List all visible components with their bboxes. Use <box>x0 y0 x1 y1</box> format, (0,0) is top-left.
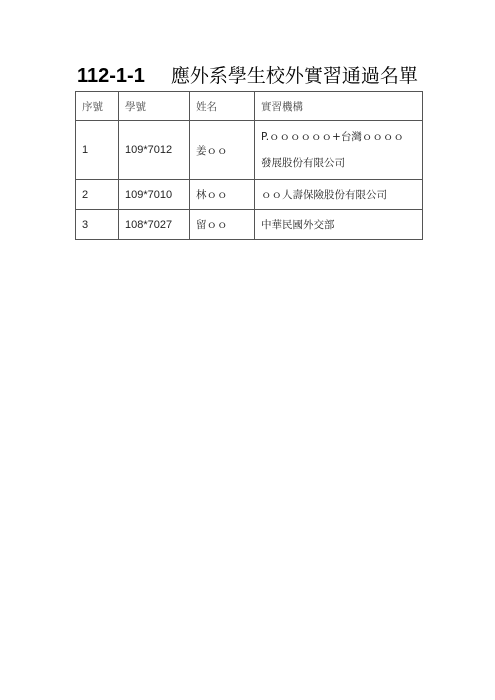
page-title: 112-1-1應外系學生校外實習通過名單 <box>77 62 418 88</box>
header-student-id: 學號 <box>119 92 190 121</box>
cell-student-id: 108*7027 <box>119 210 190 240</box>
table-row: 1 109*7012 姜ｏｏ P.ｏｏｏｏｏｏ+台灣ｏｏｏｏ 發展股份有限公司 <box>76 121 423 180</box>
table-header-row: 序號 學號 姓名 實習機構 <box>76 92 423 121</box>
header-index: 序號 <box>76 92 119 121</box>
organization-line-2: 發展股份有限公司 <box>261 150 416 176</box>
table-row: 2 109*7010 林ｏｏ ｏｏ人壽保險股份有限公司 <box>76 180 423 210</box>
cell-index: 2 <box>76 180 119 210</box>
header-name: 姓名 <box>190 92 255 121</box>
cell-student-id: 109*7012 <box>119 121 190 180</box>
cell-name: 留ｏｏ <box>190 210 255 240</box>
organization-line-1: P.ｏｏｏｏｏｏ+台灣ｏｏｏｏ <box>261 124 416 150</box>
internship-list-table: 序號 學號 姓名 實習機構 1 109*7012 姜ｏｏ P.ｏｏｏｏｏｏ+台灣… <box>75 91 423 240</box>
cell-organization: P.ｏｏｏｏｏｏ+台灣ｏｏｏｏ 發展股份有限公司 <box>255 121 423 180</box>
title-code: 112-1-1 <box>77 65 145 87</box>
cell-index: 1 <box>76 121 119 180</box>
cell-student-id: 109*7010 <box>119 180 190 210</box>
cell-organization: ｏｏ人壽保險股份有限公司 <box>255 180 423 210</box>
cell-name: 林ｏｏ <box>190 180 255 210</box>
table-row: 3 108*7027 留ｏｏ 中華民國外交部 <box>76 210 423 240</box>
cell-index: 3 <box>76 210 119 240</box>
title-text: 應外系學生校外實習通過名單 <box>171 65 418 87</box>
cell-name: 姜ｏｏ <box>190 121 255 180</box>
cell-organization: 中華民國外交部 <box>255 210 423 240</box>
header-organization: 實習機構 <box>255 92 423 121</box>
